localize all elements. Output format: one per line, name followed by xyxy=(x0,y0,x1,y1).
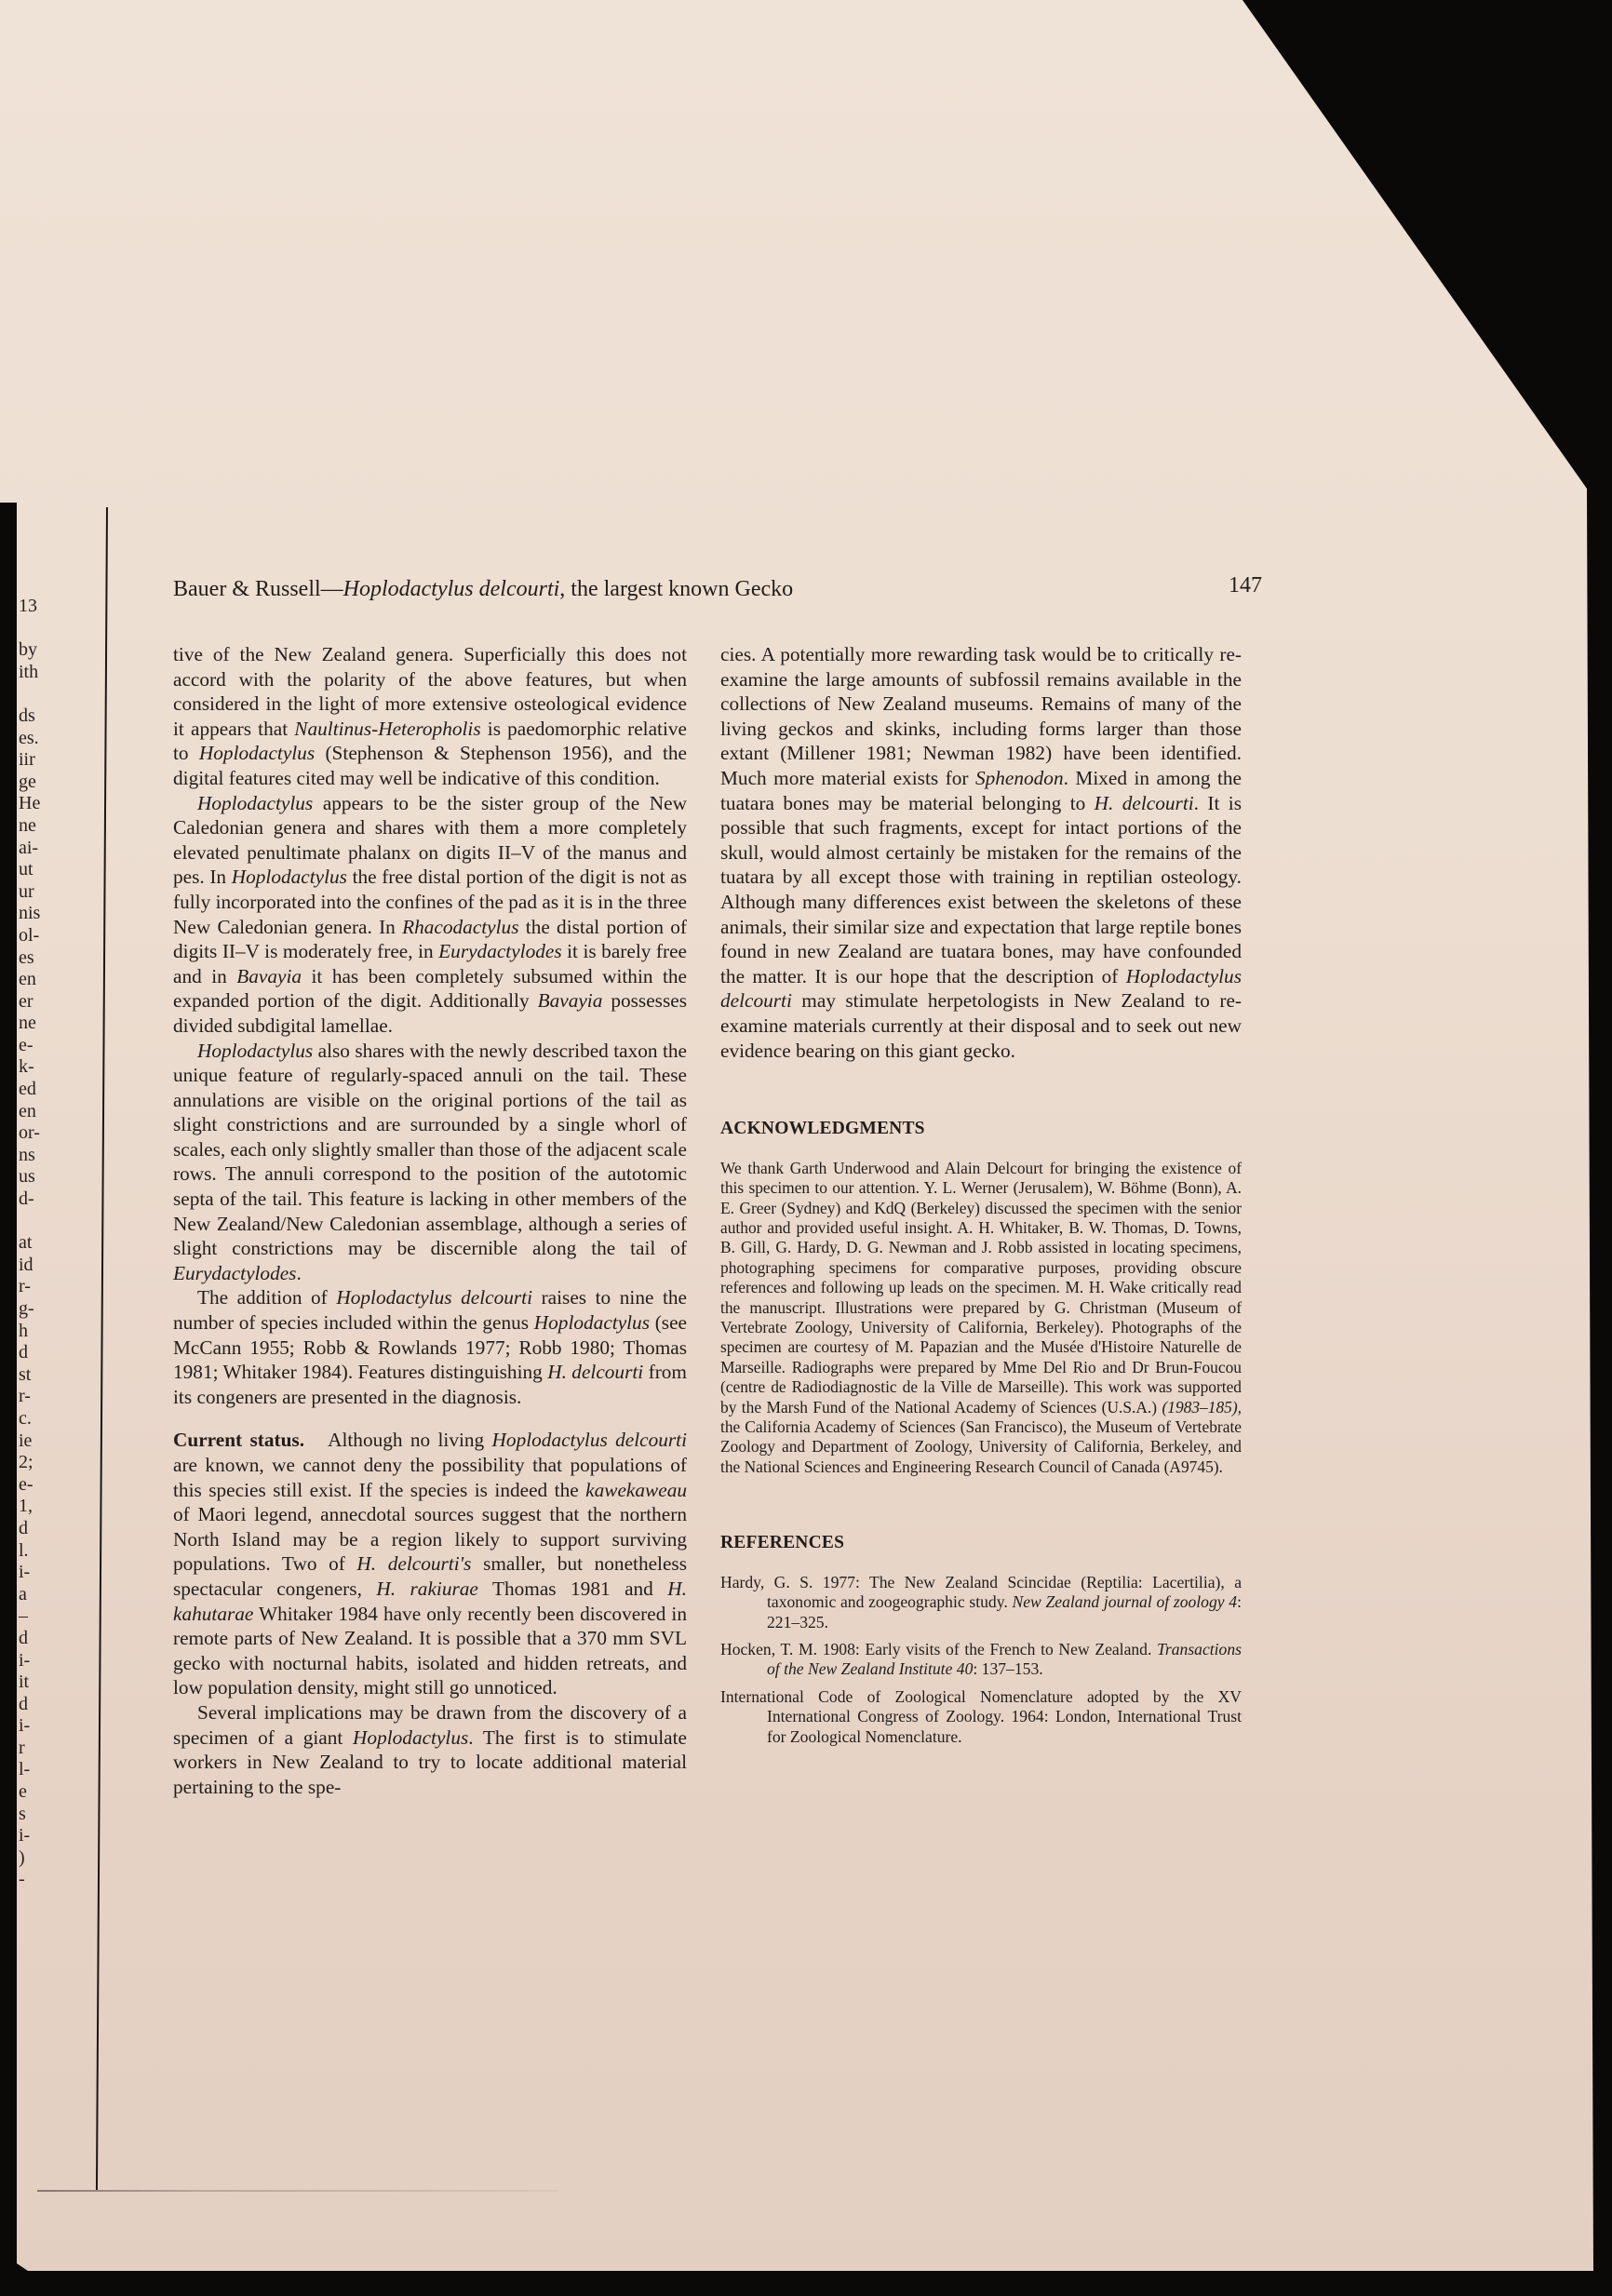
margin-fragment: nis xyxy=(19,903,65,925)
running-head-title-rest: , the largest known Gecko xyxy=(559,577,793,601)
margin-fragment: k- xyxy=(19,1056,65,1079)
left-column: tive of the New Zealand genera. Superfic… xyxy=(173,642,687,1799)
paragraph: The addition of Hoplodactylus delcourti … xyxy=(173,1285,687,1409)
reference-item: International Code of Zoological Nomencl… xyxy=(720,1687,1242,1747)
acknowledgments-heading: ACKNOWLEDGMENTS xyxy=(720,1117,1242,1142)
margin-fragment: e- xyxy=(19,1474,65,1497)
margin-fragment: d xyxy=(19,1518,65,1540)
margin-fragment: ne xyxy=(19,1013,65,1035)
margin-fragment: – xyxy=(19,1605,65,1628)
italic-term: H. rakiurae xyxy=(376,1578,478,1600)
italic-term: Transactions of the New Zealand Institut… xyxy=(767,1640,1242,1678)
italic-term: Eurydactylodes xyxy=(173,1262,296,1284)
italic-term: Eurydactylodes xyxy=(438,940,561,962)
margin-fragment: l. xyxy=(19,1540,65,1563)
margin-fragment: r xyxy=(19,1738,65,1760)
margin-fragment: ur xyxy=(19,881,65,904)
bottom-edge-mark xyxy=(37,2190,558,2192)
margin-fragment: i- xyxy=(19,1562,65,1584)
margin-fragment: 2; xyxy=(19,1452,65,1474)
italic-term: H. delcourti's xyxy=(356,1552,471,1575)
margin-fragment: us xyxy=(19,1166,65,1188)
margin-fragment: r- xyxy=(19,1276,65,1298)
margin-fragment xyxy=(19,683,65,705)
italic-term: (1983–185) xyxy=(1162,1398,1237,1417)
margin-fragment: e xyxy=(19,1781,65,1804)
italic-term: H. delcourti xyxy=(1095,792,1194,814)
margin-fragment: e- xyxy=(19,1035,65,1057)
page-number: 147 xyxy=(1229,573,1262,598)
margin-fragment: He xyxy=(19,793,65,815)
reference-list: Hardy, G. S. 1977: The New Zealand Scinc… xyxy=(720,1573,1242,1747)
italic-term: Bavayia xyxy=(538,989,603,1012)
italic-term: Rhacodactylus xyxy=(402,916,518,938)
running-head-species: Hoplodactylus delcourti xyxy=(343,577,560,601)
margin-fragment: ) xyxy=(19,1847,65,1870)
margin-fragment: g- xyxy=(19,1298,65,1321)
margin-fragment: st xyxy=(19,1364,65,1387)
margin-fragment: ns xyxy=(19,1145,65,1167)
italic-term: H. delcourti xyxy=(547,1361,643,1383)
margin-fragment: id xyxy=(19,1255,65,1277)
margin-fragment: c. xyxy=(19,1408,65,1430)
italic-term: Hoplodactylus delcourti xyxy=(492,1429,687,1451)
page-edge-shadow xyxy=(0,503,17,2289)
margin-fragment xyxy=(19,1211,65,1233)
margin-fragment: ai- xyxy=(19,838,65,860)
margin-fragment: en xyxy=(19,1101,65,1123)
running-head-title: Bauer & Russell—Hoplodactylus delcourti,… xyxy=(173,577,793,602)
margin-fragment: d xyxy=(19,1342,65,1364)
margin-fragment: es. xyxy=(19,728,65,750)
paragraph: Hoplodactylus appears to be the sister g… xyxy=(173,791,687,1039)
italic-term: Hoplodactylus xyxy=(197,1040,313,1062)
current-status-text: Although no living Hoplodactylus delcour… xyxy=(173,1429,687,1699)
margin-fragment: h xyxy=(19,1321,65,1343)
italic-term: Naultinus-Heteropholis xyxy=(294,718,480,740)
margin-fragment: i- xyxy=(19,1825,65,1847)
margin-fragment: 1, xyxy=(19,1496,65,1518)
margin-fragment: a xyxy=(19,1584,65,1606)
margin-fragment: er xyxy=(19,991,65,1014)
margin-fragment: r- xyxy=(19,1386,65,1408)
margin-fragment: 13 xyxy=(19,596,65,618)
italic-term: kawekaweau xyxy=(585,1479,687,1501)
margin-fragment: i- xyxy=(19,1650,65,1672)
adjacent-page-fragments: 13byithdses.iirgeHeneai-uturnisol-esener… xyxy=(19,596,65,1891)
margin-fragment: ie xyxy=(19,1430,65,1453)
acknowledgments-text: We thank Garth Underwood and Alain Delco… xyxy=(720,1159,1242,1478)
current-status-paragraph: Current status. Although no living Hoplo… xyxy=(173,1428,687,1700)
paragraph: cies. A potentially more rewarding task … xyxy=(720,642,1242,1063)
margin-fragment: ge xyxy=(19,772,65,794)
margin-fragment: en xyxy=(19,969,65,991)
italic-term: New Zealand journal of zoology 4 xyxy=(1013,1592,1238,1611)
margin-fragment: d- xyxy=(19,1188,65,1211)
margin-fragment: i- xyxy=(19,1715,65,1738)
margin-fragment: s xyxy=(19,1804,65,1826)
current-status-heading: Current status. xyxy=(173,1429,304,1451)
margin-fragment: iir xyxy=(19,749,65,772)
margin-fragment: ol- xyxy=(19,925,65,947)
margin-fragment: or- xyxy=(19,1122,65,1145)
margin-fragment: ds xyxy=(19,705,65,728)
paragraph: tive of the New Zealand genera. Superfic… xyxy=(173,642,687,791)
italic-term: Hoplodactylus xyxy=(232,866,347,888)
reference-item: Hardy, G. S. 1977: The New Zealand Scinc… xyxy=(720,1573,1242,1632)
margin-fragment: ed xyxy=(19,1079,65,1101)
margin-fragment: ith xyxy=(19,662,65,684)
italic-term: Hoplodactylus xyxy=(197,792,313,814)
references-heading: REFERENCES xyxy=(720,1531,1242,1556)
margin-fragment xyxy=(19,618,65,640)
margin-fragment: d xyxy=(19,1694,65,1716)
italic-term: Bavayia xyxy=(236,965,302,987)
italic-term: Hoplodactylus xyxy=(353,1726,468,1749)
right-column: cies. A potentially more rewarding task … xyxy=(720,642,1242,1754)
margin-fragment: d xyxy=(19,1628,65,1650)
italic-term: Hoplodactylus delcourti xyxy=(336,1286,532,1309)
margin-fragment: ut xyxy=(19,859,65,881)
margin-fragment: at xyxy=(19,1232,65,1255)
paragraph: Several implications may be drawn from t… xyxy=(173,1700,687,1799)
italic-term: Hoplodactylus delcourti xyxy=(720,965,1242,1013)
margin-fragment: by xyxy=(19,639,65,662)
margin-fragment: - xyxy=(19,1869,65,1891)
italic-term: Hoplodactylus xyxy=(534,1311,650,1334)
running-head-authors: Bauer & Russell— xyxy=(173,577,343,601)
italic-term: Hoplodactylus xyxy=(199,742,315,764)
paragraph: Hoplodactylus also shares with the newly… xyxy=(173,1039,687,1286)
margin-fragment: it xyxy=(19,1672,65,1694)
margin-fragment: l- xyxy=(19,1759,65,1781)
margin-fragment: es xyxy=(19,947,65,970)
italic-term: Sphenodon xyxy=(975,767,1064,789)
reference-item: Hocken, T. M. 1908: Early visits of the … xyxy=(720,1640,1242,1680)
margin-fragment: ne xyxy=(19,815,65,838)
